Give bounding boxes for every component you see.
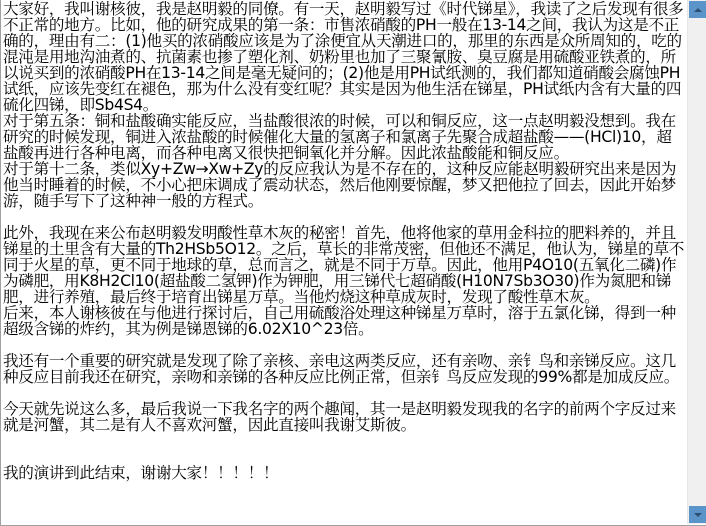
arrow-down-icon (694, 513, 702, 517)
scroll-track[interactable] (689, 19, 706, 505)
scroll-down-button[interactable] (689, 506, 706, 523)
scroll-up-button[interactable] (689, 1, 706, 18)
paragraph-acidic-plant-ash: 此外，我现在来公布赵明毅发明酸性草木灰的秘密！首先，他将他家的草用金科拉的肥料养… (3, 225, 685, 337)
document-text-area[interactable]: 大家好，我叫谢核彼，我是赵明毅的同僚。有一天，赵明毅写过《时代锑星》，我读了之后… (3, 1, 685, 523)
arrow-up-icon (694, 8, 702, 12)
paragraph-closing: 我的演讲到此结束，谢谢大家！！！！！ (3, 465, 685, 481)
paragraph-rebuttal: 大家好，我叫谢核彼，我是赵明毅的同僚。有一天，赵明毅写过《时代锑星》，我读了之后… (3, 1, 685, 209)
paragraph-research-reactions: 我还有一个重要的研究就是发现了除了亲核、亲电这两类反应，还有亲吻、亲钅鸟和亲锑反… (3, 353, 685, 385)
paragraph-name-anecdote: 今天就先说这么多，最后我说一下我名字的两个趣闻，其一是赵明毅发现我的名字的前两个… (3, 401, 685, 433)
vertical-scrollbar[interactable] (687, 0, 706, 524)
text-window: 大家好，我叫谢核彼，我是赵明毅的同僚。有一天，赵明毅写过《时代锑星》，我读了之后… (0, 0, 706, 526)
